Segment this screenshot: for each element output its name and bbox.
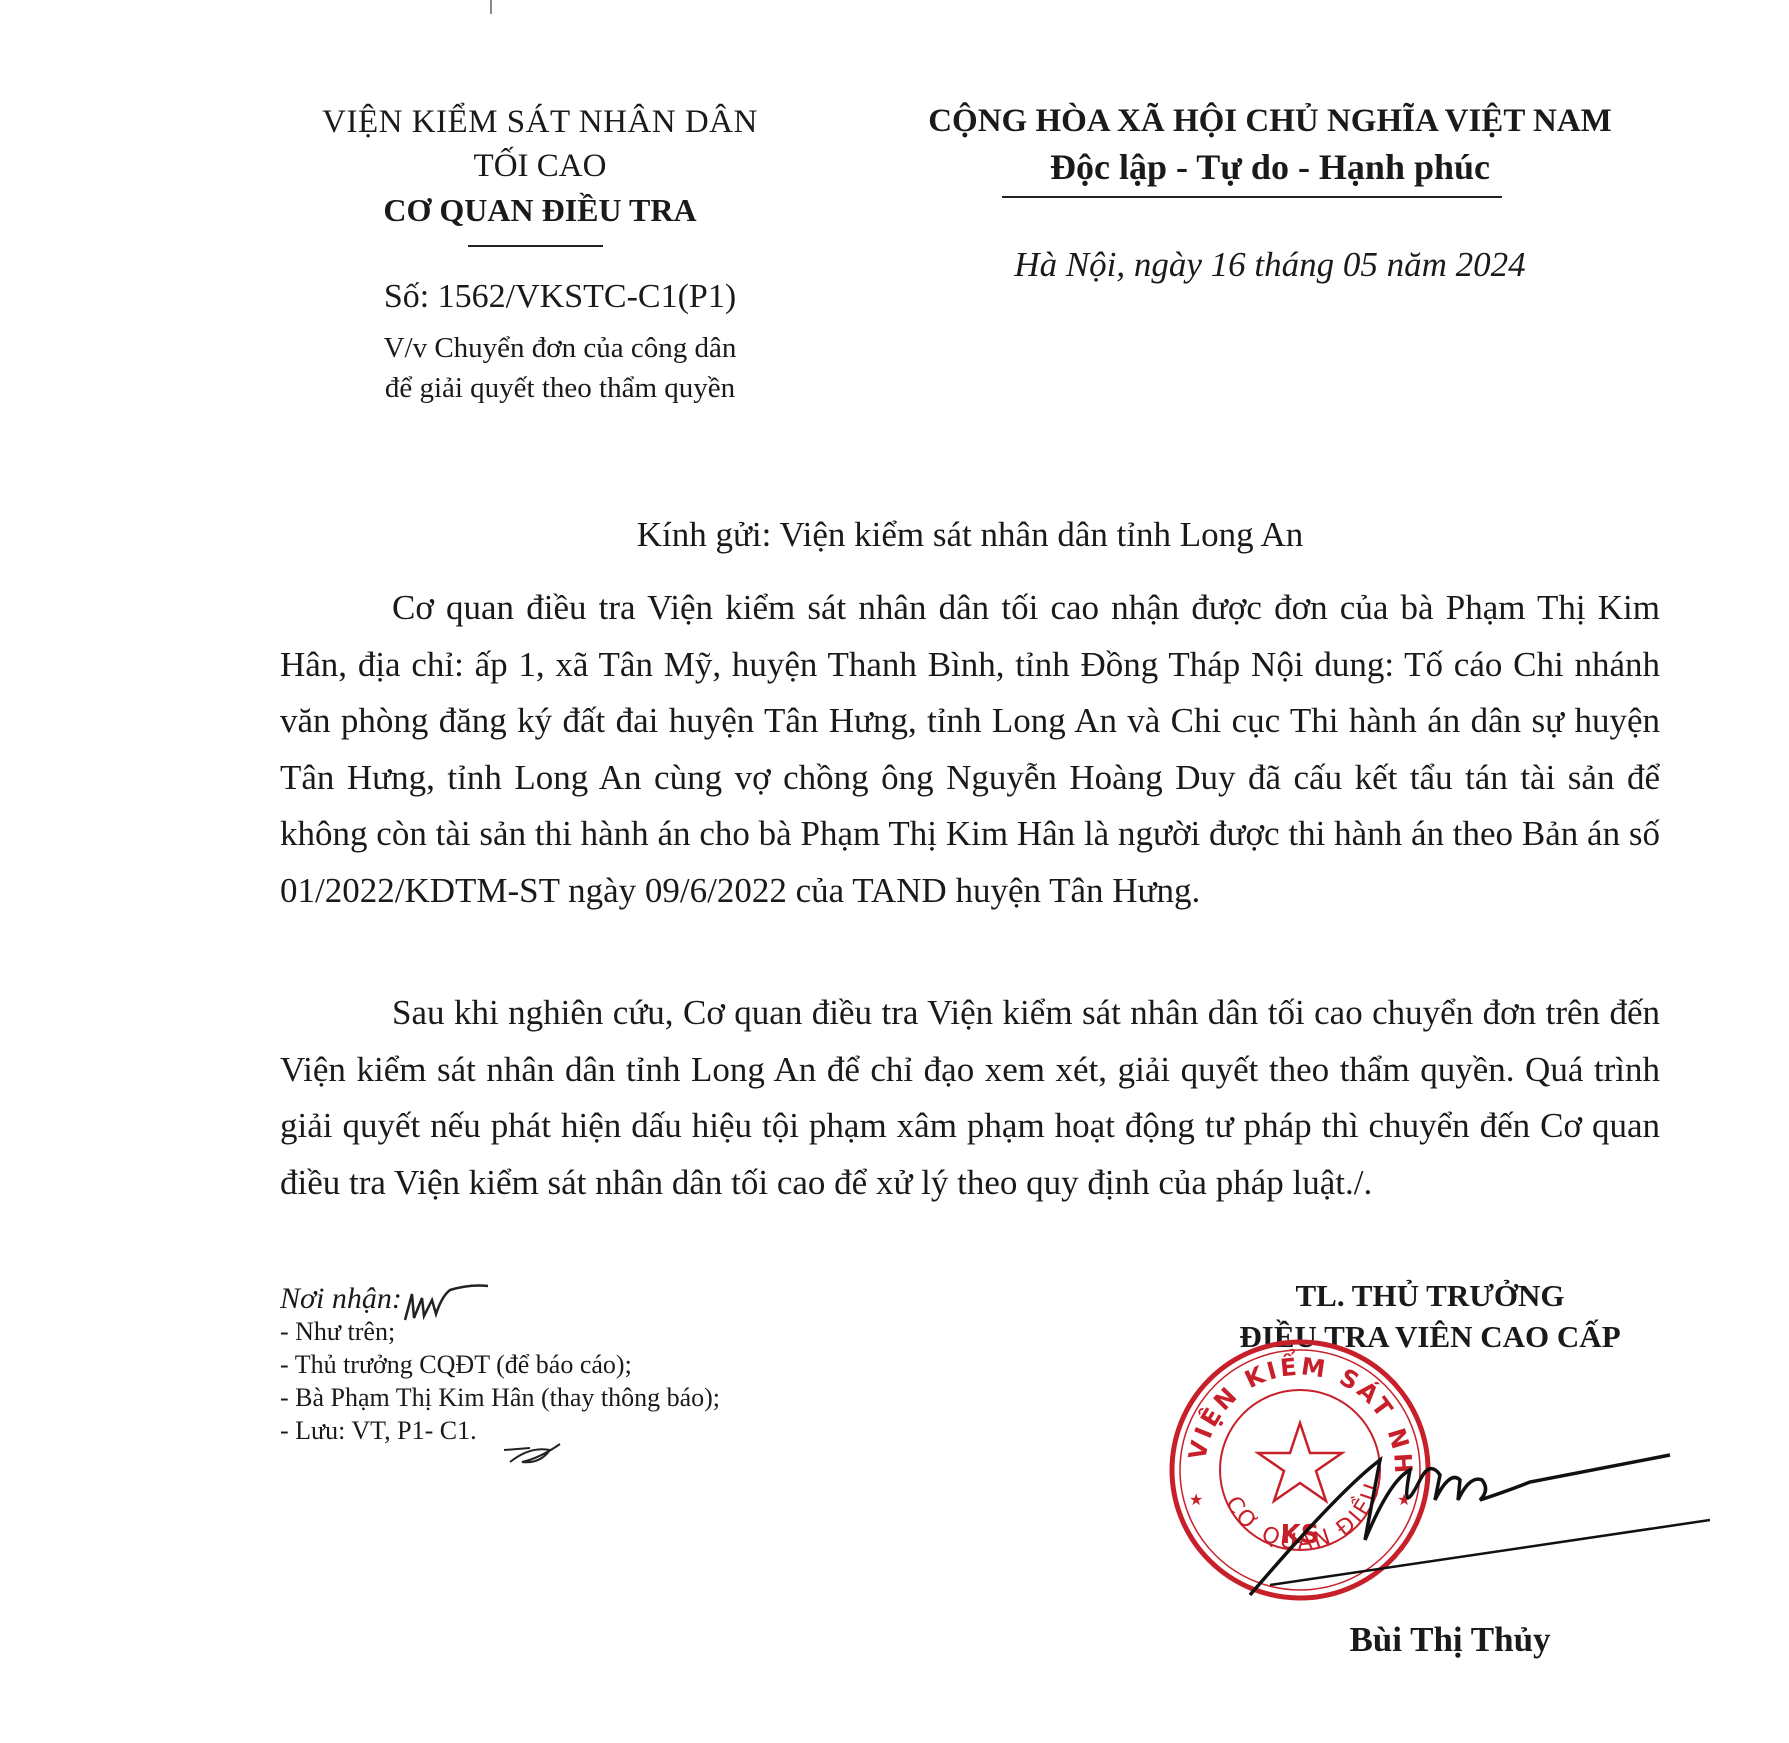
signature-authority: TL. THỦ TRƯỞNG (1180, 1275, 1680, 1316)
dateline: Hà Nội, ngày 16 tháng 05 năm 2024 (860, 245, 1680, 285)
motto-underline (1002, 196, 1502, 198)
issuing-agency-header: VIỆN KIỂM SÁT NHÂN DÂN TỐI CAO CƠ QUAN Đ… (280, 100, 800, 232)
recipient-item: - Bà Phạm Thị Kim Hân (thay thông báo); (280, 1381, 840, 1414)
document-number: Số: 1562/VKSTC-C1(P1) (300, 278, 820, 316)
document-subject: V/v Chuyển đơn của công dân để giải quyế… (300, 328, 820, 408)
agency-department: CƠ QUAN ĐIỀU TRA (280, 188, 800, 232)
handwritten-signature-icon (1190, 1420, 1710, 1610)
agency-name-line1: VIỆN KIỂM SÁT NHÂN DÂN (280, 100, 800, 144)
paragraph-2-text: Sau khi nghiên cứu, Cơ quan điều tra Việ… (280, 985, 1660, 1211)
agency-name-line2: TỐI CAO (280, 144, 800, 188)
salutation: Kính gửi: Viện kiểm sát nhân dân tỉnh Lo… (270, 515, 1670, 555)
agency-underline (468, 245, 603, 247)
signer-name: Bùi Thị Thủy (1240, 1620, 1660, 1660)
body-paragraph-2: Sau khi nghiên cứu, Cơ quan điều tra Việ… (280, 985, 1660, 1211)
subject-line2: để giải quyết theo thẩm quyền (300, 368, 820, 408)
recipients-title: Nơi nhận: (280, 1282, 840, 1315)
scan-edge-mark (490, 0, 492, 14)
handwritten-mark-icon (500, 1440, 570, 1470)
national-title: CỘNG HÒA XÃ HỘI CHỦ NGHĨA VIỆT NAM (860, 98, 1680, 144)
national-header: CỘNG HÒA XÃ HỘI CHỦ NGHĨA VIỆT NAM Độc l… (860, 98, 1680, 190)
body-paragraph-1: Cơ quan điều tra Viện kiểm sát nhân dân … (280, 580, 1660, 919)
recipient-item: - Như trên; (280, 1315, 840, 1348)
national-motto: Độc lập - Tự do - Hạnh phúc (860, 144, 1680, 190)
recipient-item: - Thủ trưởng CQĐT (để báo cáo); (280, 1348, 840, 1381)
paragraph-1-text: Cơ quan điều tra Viện kiểm sát nhân dân … (280, 580, 1660, 919)
handwritten-initials-icon (400, 1280, 490, 1330)
subject-line1: V/v Chuyển đơn của công dân (300, 328, 820, 368)
recipients-list: Nơi nhận: - Như trên; - Thủ trưởng CQĐT … (280, 1282, 840, 1447)
